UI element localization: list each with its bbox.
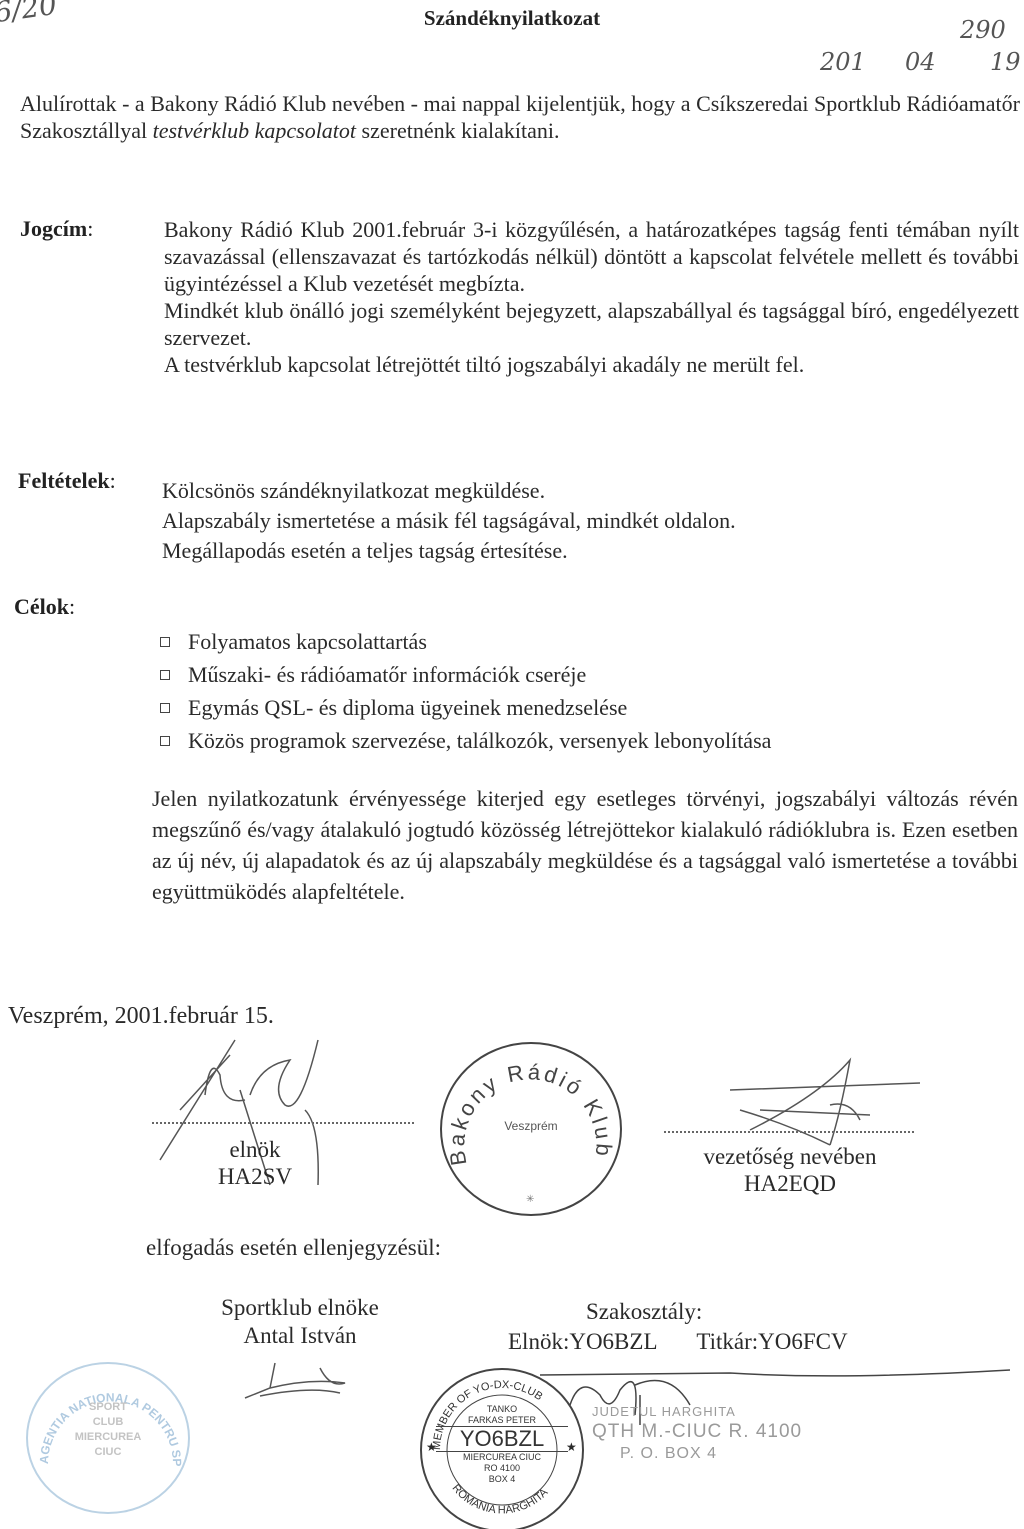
checkbox-bullet-icon: [160, 736, 170, 746]
signature-right-label: vezetőség nevében HA2EQD: [670, 1143, 910, 1197]
checkbox-bullet-icon: [160, 637, 170, 647]
szakosztaly-block: Szakosztály: Elnök:YO6BZL Titkár:YO6FCV: [508, 1297, 848, 1357]
szakosztaly-heading: Szakosztály:: [508, 1297, 848, 1327]
star-icon: ✳: [526, 1194, 534, 1205]
section-label-feltetelek: Feltételek:: [18, 468, 116, 494]
address-line: QTH M.-CIUC R. 4100: [592, 1419, 892, 1445]
goal-item: Egymás QSL- és diploma ügyeinek menedzse…: [160, 691, 771, 724]
section-label-celok: Célok:: [14, 594, 75, 620]
feltetelek-line: Megállapodás esetén a teljes tagság érte…: [162, 536, 736, 566]
handwritten-registration-number: 290: [960, 16, 1006, 44]
signature-line-right: [664, 1131, 914, 1133]
document-title: Szándéknyilatkozat: [0, 6, 1024, 31]
signature-line-left: [152, 1122, 414, 1124]
signer-callsign: HA2SV: [170, 1163, 340, 1190]
bakony-club-stamp: Bakony Rádió Klub Veszprém ✳: [440, 1042, 622, 1216]
sportklub-signatory: Sportklub elnöke Antal István: [180, 1294, 420, 1350]
szakosztaly-elnok: Elnök:YO6BZL: [508, 1329, 657, 1354]
goals-list: Folyamatos kapcsolattartás Műszaki- és r…: [160, 625, 771, 757]
star-icon: ★: [566, 1440, 577, 1455]
goal-text: Folyamatos kapcsolattartás: [188, 625, 427, 658]
star-icon: ★: [426, 1440, 437, 1455]
feltetelek-line: Kölcsönös szándéknyilatkozat megküldése.: [162, 476, 736, 506]
stamp-center-text: Veszprém: [442, 1119, 620, 1133]
section-label-jogcim: Jogcím:: [20, 216, 93, 242]
handwritten-date-day: 19: [990, 48, 1021, 76]
jogcim-paragraph: Mindkét klub önálló jogi személyként bej…: [164, 297, 1019, 351]
signer-callsign: HA2EQD: [670, 1170, 910, 1197]
signer-name: Antal István: [180, 1322, 420, 1350]
address-line: JUDETUL HARGHITA: [592, 1404, 892, 1419]
signer-role: vezetőség nevében: [670, 1143, 910, 1170]
goal-text: Műszaki- és rádióamatőr információk cser…: [188, 658, 586, 691]
svg-text:Bakony Rádió Klub: Bakony Rádió Klub: [444, 1059, 617, 1167]
signer-role: Sportklub elnöke: [180, 1294, 420, 1322]
stamp-ring-text: Bakony Rádió Klub: [444, 1059, 617, 1167]
checkbox-bullet-icon: [160, 703, 170, 713]
handwritten-date-month: 04: [905, 48, 936, 76]
handwritten-date-year: 201: [820, 48, 866, 76]
intro-italic-text: testvérklub kapcsolatot: [153, 118, 356, 143]
goal-text: Közös programok szervezése, találkozók, …: [188, 724, 771, 757]
sport-club-stamp: AGENTIA NATIONALA PENTRU SPORT SPORT CLU…: [26, 1362, 190, 1514]
goal-item: Közös programok szervezése, találkozók, …: [160, 724, 771, 757]
checkbox-bullet-icon: [160, 670, 170, 680]
address-stamp: JUDETUL HARGHITA QTH M.-CIUC R. 4100 P. …: [592, 1404, 892, 1463]
svg-text:ROMANIA HARGHITA: ROMANIA HARGHITA: [450, 1482, 551, 1516]
closing-paragraph: Jelen nyilatkozatunk érvényessége kiterj…: [152, 783, 1018, 907]
stamp-center-text: SPORT CLUB MIERCUREA CIUC: [28, 1400, 188, 1460]
signer-role: elnök: [170, 1136, 340, 1163]
goal-item: Folyamatos kapcsolattartás: [160, 625, 771, 658]
jogcim-label-text: Jogcím: [20, 216, 87, 241]
goal-text: Egymás QSL- és diploma ügyeinek menedzse…: [188, 691, 627, 724]
goal-item: Műszaki- és rádióamatőr információk cser…: [160, 658, 771, 691]
intro-text-end: szeretnénk kialakítani.: [356, 118, 559, 143]
celok-label-text: Célok: [14, 594, 69, 619]
szakosztaly-titkar: Titkár:YO6FCV: [696, 1329, 847, 1354]
feltetelek-line: Alapszabály ismertetése a másik fél tags…: [162, 506, 736, 536]
intro-paragraph: Alulírottak - a Bakony Rádió Klub nevébe…: [20, 90, 1020, 144]
place-date: Veszprém, 2001.február 15.: [8, 1003, 274, 1030]
jogcim-paragraph: A testvérklub kapcsolat létrejöttét tilt…: [164, 351, 1019, 378]
jogcim-paragraph: Bakony Rádió Klub 2001.február 3-i közgy…: [164, 216, 1019, 297]
feltetelek-label-text: Feltételek: [18, 468, 110, 493]
address-line: P. O. BOX 4: [592, 1445, 892, 1463]
signature-left-label: elnök HA2SV: [170, 1136, 340, 1190]
section-jogcim-text: Bakony Rádió Klub 2001.február 3-i közgy…: [164, 216, 1019, 378]
section-feltetelek-text: Kölcsönös szándéknyilatkozat megküldése.…: [162, 476, 736, 566]
signature-scribble-icon: [240, 1358, 360, 1408]
countersign-heading: elfogadás esetén ellenjegyzésül:: [146, 1235, 441, 1261]
